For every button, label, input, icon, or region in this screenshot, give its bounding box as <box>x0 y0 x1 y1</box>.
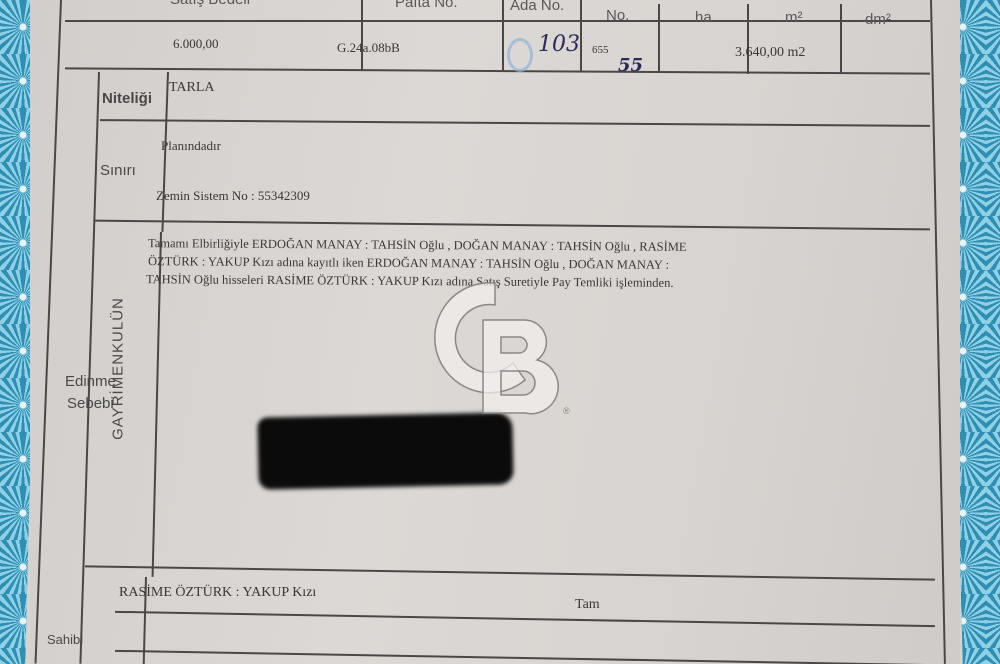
edinme-sebebi-label-line1: Edinme <box>65 373 116 390</box>
parsel-no-handwritten: 55 <box>618 55 643 76</box>
niteligi-value: TARLA <box>169 80 215 96</box>
siniri-label: Sınırı <box>100 162 136 179</box>
table-bottom-line <box>65 67 930 74</box>
siniri-zemin-sistem-no: Zemin Sistem No : 55342309 <box>156 188 310 204</box>
cb-watermark-logo-icon: ® <box>425 275 575 420</box>
siniri-line1: Planındadır <box>161 138 221 154</box>
edinme-sebebi-line-3: TAHSİN Oğlu hisseleri RASİME ÖZTÜRK : YA… <box>146 271 674 291</box>
col-header-ha: ha <box>695 9 712 26</box>
edinme-sebebi-label-line2: Sebebi <box>67 395 114 412</box>
row-divider-sahibi-1 <box>115 611 935 627</box>
col-header-m2: m² <box>785 9 803 26</box>
stamp-mark <box>507 38 533 72</box>
section-label-gayrimenkulun: GAYRİMENKULÜN <box>110 269 127 469</box>
ada-no-handwritten: 103 <box>538 32 580 57</box>
col-sep-4 <box>658 4 660 72</box>
edinme-sebebi-line-2: ÖZTÜRK : YAKUP Kızı adına kayıtlı iken E… <box>148 253 669 273</box>
col-header-satis-bedeli: Satış Bedeli <box>170 0 250 8</box>
row-divider-siniri <box>95 220 930 231</box>
col-header-parsel-no: No. <box>606 7 629 24</box>
redaction-block <box>257 412 513 489</box>
niteligi-label: Niteliği <box>102 90 152 107</box>
sahibi-share: Tam <box>575 597 600 613</box>
col-sep-2 <box>502 0 504 72</box>
row-divider-edinme <box>85 565 935 580</box>
parsel-no-value: 655 <box>592 44 609 56</box>
col-header-pafta-no: Pafta No. <box>395 0 458 11</box>
col-sep-6 <box>840 4 842 74</box>
outer-border-left <box>35 0 62 664</box>
sahibi-owner: RASİME ÖZTÜRK : YAKUP Kızı <box>119 585 316 601</box>
col-sep-1 <box>361 0 363 70</box>
satis-bedeli-value: 6.000,00 <box>173 36 219 52</box>
col-sep-5 <box>747 4 749 74</box>
sahibi-label: Sahibi <box>47 632 83 647</box>
col-header-dm2: dm² <box>865 11 891 28</box>
outer-border-right <box>930 0 946 664</box>
col-header-ada-no: Ada No. <box>510 0 564 14</box>
pafta-no-value: G.24a.08bB <box>337 40 400 56</box>
row-divider-niteligi <box>100 119 930 127</box>
col-sep-3 <box>580 0 582 72</box>
edinme-sebebi-line-1: Tamamı Elbirliğiyle ERDOĞAN MANAY : TAHS… <box>148 235 687 255</box>
m2-value: 3.640,00 m2 <box>735 45 805 61</box>
row-divider-sahibi-2 <box>115 650 935 664</box>
svg-text:®: ® <box>563 406 570 416</box>
section-label-divider <box>79 72 100 664</box>
